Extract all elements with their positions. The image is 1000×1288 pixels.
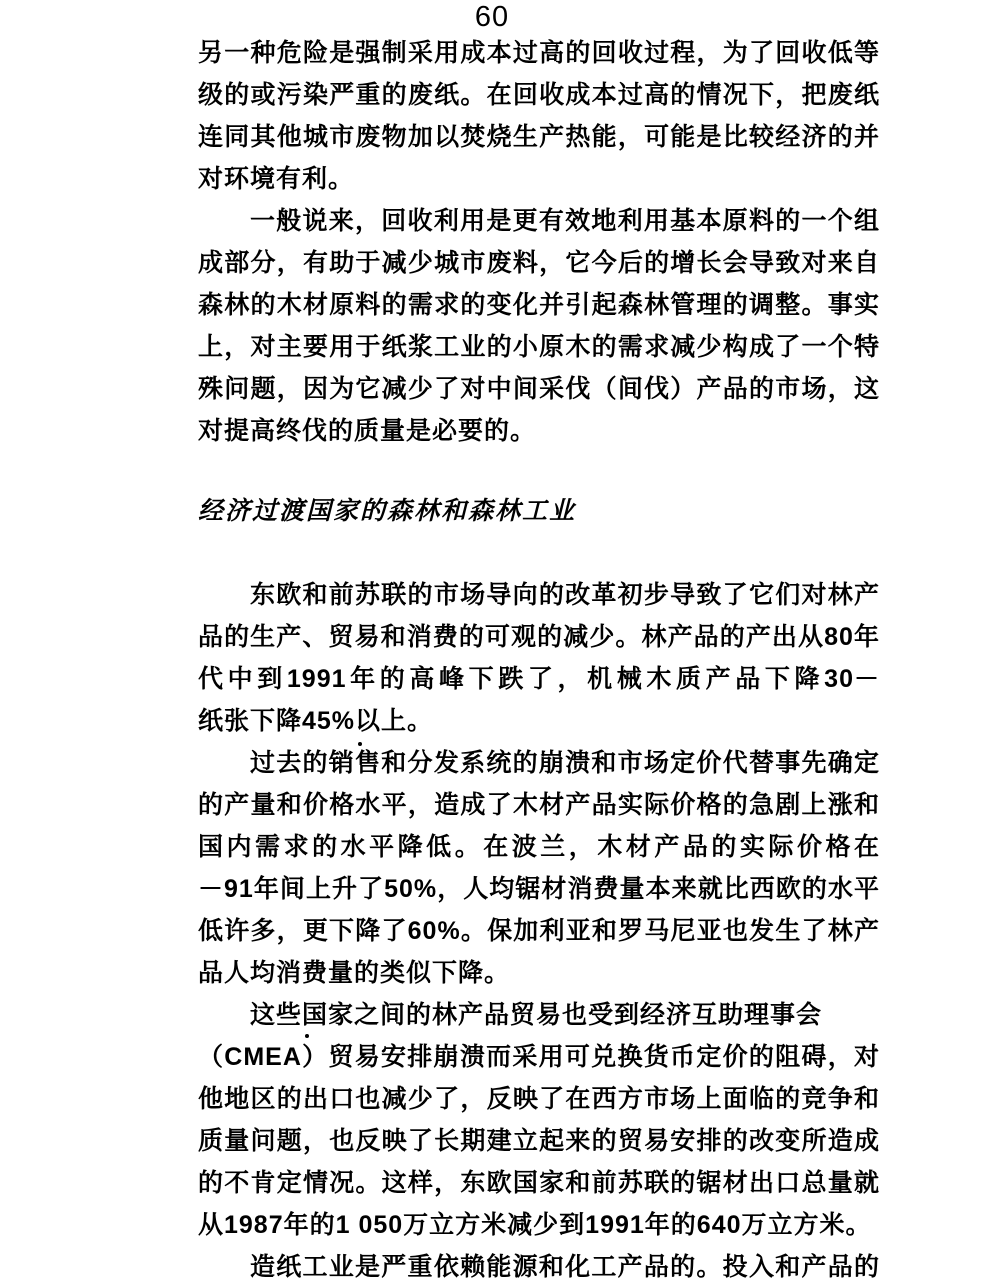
text-line: 质量问题，也反映了长期建立起来的贸易安排的改变所造成: [198, 1120, 880, 1162]
text-line: 上，对主要用于纸浆工业的小原木的需求减少构成了一个特: [198, 326, 880, 368]
text-line: 从1987年的1 050万立方米减少到1991年的640万立方米。: [198, 1204, 880, 1246]
scan-artifact-dot: [305, 1034, 309, 1038]
text-line: 这些国家之间的林产品贸易也受到经济互助理事会: [198, 994, 880, 1036]
text-line: （CMEA）贸易安排崩溃而采用可兑换货币定价的阻碍，对其: [198, 1036, 880, 1078]
text-line: 成部分，有助于减少城市废料，它今后的增长会导致对来自: [198, 242, 880, 284]
text-line: 他地区的出口也减少了，反映了在西方市场上面临的竞争和: [198, 1078, 880, 1120]
text-line: 另一种危险是强制采用成本过高的回收过程，为了回收低等: [198, 32, 880, 74]
scanned-document-page: 60 另一种危险是强制采用成本过高的回收过程，为了回收低等 级的或污染严重的废纸…: [0, 0, 1000, 1288]
text-line: 过去的销售和分发系统的崩溃和市场定价代替事先确定: [198, 742, 880, 784]
text-line: 品的生产、贸易和消费的可观的减少。林产品的产出从80年: [198, 616, 880, 658]
text-line: 纸张下降45%以上。: [198, 700, 880, 742]
page-body-text: 另一种危险是强制采用成本过高的回收过程，为了回收低等 级的或污染严重的废纸。在回…: [198, 32, 880, 1288]
text-line: 对提高终伐的质量是必要的。: [198, 410, 880, 452]
text-line: 的不肯定情况。这样，东欧国家和前苏联的锯材出口总量就: [198, 1162, 880, 1204]
text-line: －91年间上升了50%，人均锯材消费量本来就比西欧的水平: [198, 868, 880, 910]
text-line: 代中到1991年的高峰下跌了，机械木质产品下降30－40%，: [198, 658, 880, 700]
page-number: 60: [0, 1, 984, 34]
text-line: 国内需求的水平降低。在波兰，木材产品的实际价格在1987: [198, 826, 880, 868]
text-line: 造纸工业是严重依赖能源和化工产品的。投入和产品的: [198, 1246, 880, 1288]
text-line: 对环境有利。: [198, 158, 880, 200]
section-heading: 经济过渡国家的森林和森林工业: [198, 490, 880, 532]
text-line: 低许多，更下降了60%。保加利亚和罗马尼亚也发生了林产: [198, 910, 880, 952]
text-line: 殊问题，因为它减少了对中间采伐（间伐）产品的市场，这: [198, 368, 880, 410]
text-line: 品人均消费量的类似下降。: [198, 952, 880, 994]
text-line: 的产量和价格水平，造成了木材产品实际价格的急剧上涨和: [198, 784, 880, 826]
text-line: 连同其他城市废物加以焚烧生产热能，可能是比较经济的并: [198, 116, 880, 158]
text-line: 森林的木材原料的需求的变化并引起森林管理的调整。事实: [198, 284, 880, 326]
text-line: 东欧和前苏联的市场导向的改革初步导致了它们对林产: [198, 574, 880, 616]
text-line: 级的或污染严重的废纸。在回收成本过高的情况下，把废纸: [198, 74, 880, 116]
text-line: 一般说来，回收利用是更有效地利用基本原料的一个组: [198, 200, 880, 242]
scan-artifact-dot: [358, 742, 362, 746]
